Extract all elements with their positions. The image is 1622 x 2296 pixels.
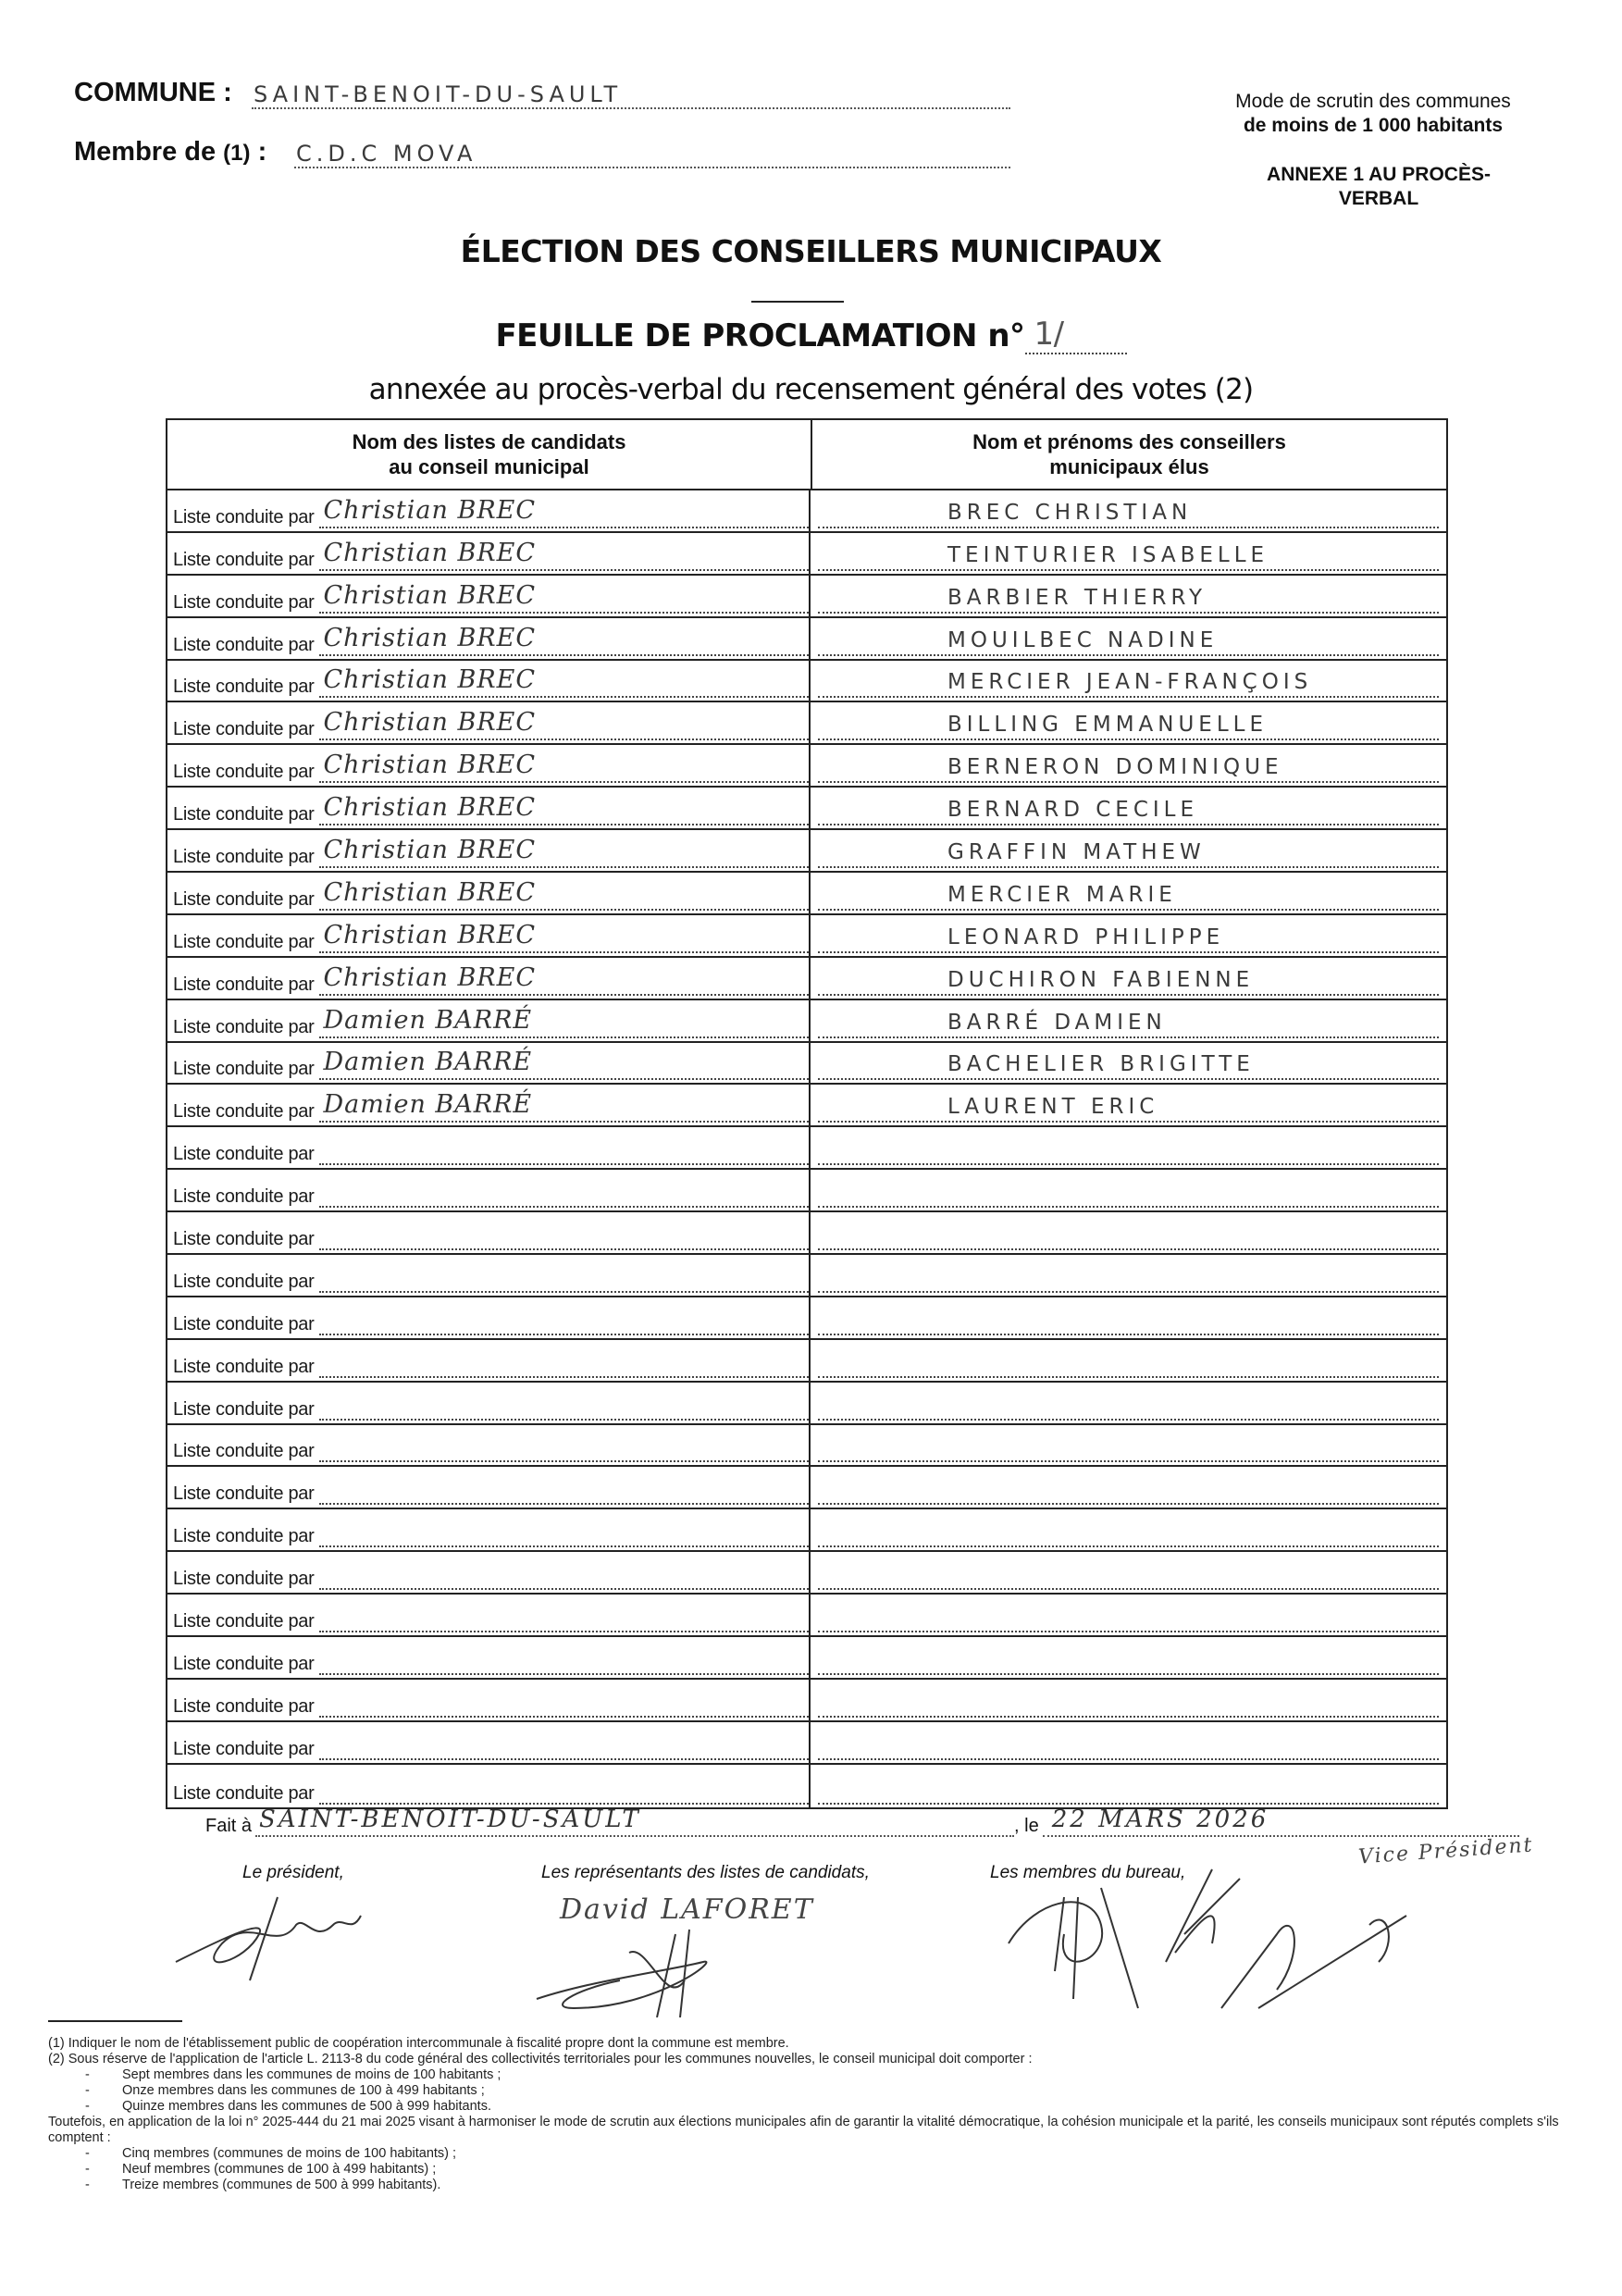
footnote-toutefois-item: Cinq membres (communes de moins de 100 h…	[48, 2146, 1575, 2162]
liste-cell: Liste conduite par	[167, 1340, 811, 1381]
liste-prefix: Liste conduite par	[173, 1272, 314, 1293]
elu-field	[818, 1471, 1439, 1505]
liste-name: Damien BARRÉ	[323, 1090, 532, 1119]
elu-cell: LAURENT ERIC	[811, 1085, 1446, 1125]
table-row: Liste conduite par	[167, 1383, 1446, 1425]
elu-field: LEONARD PHILIPPE	[818, 920, 1439, 953]
table-row: Liste conduite par	[167, 1467, 1446, 1509]
elu-cell	[811, 1637, 1446, 1678]
liste-cell: Liste conduite parDamien BARRÉ	[167, 1000, 811, 1041]
elu-name: BARRÉ DAMIEN	[947, 1011, 1167, 1035]
liste-field: Christian BREC	[319, 750, 809, 783]
table-row: Liste conduite parChristian BRECBERNARD …	[167, 788, 1446, 830]
elu-cell: BERNERON DOMINIQUE	[811, 745, 1446, 786]
elu-name: MOUILBEC NADINE	[947, 628, 1218, 652]
liste-cell: Liste conduite par	[167, 1297, 811, 1338]
elu-cell: DUCHIRON FABIENNE	[811, 958, 1446, 999]
table-row: Liste conduite parDamien BARRÉLAURENT ER…	[167, 1085, 1446, 1127]
subtitle: annexée au procès-verbal du recensement …	[0, 373, 1622, 406]
liste-field: Christian BREC	[319, 495, 809, 528]
liste-cell: Liste conduite parChristian BREC	[167, 702, 811, 743]
liste-field	[319, 1302, 809, 1335]
liste-cell: Liste conduite parChristian BREC	[167, 830, 811, 871]
elu-cell: BACHELIER BRIGITTE	[811, 1043, 1446, 1084]
elu-cell	[811, 1680, 1446, 1720]
liste-cell: Liste conduite par	[167, 1383, 811, 1423]
table-row: Liste conduite par	[167, 1255, 1446, 1297]
membre-value: C.D.C MOVA	[296, 141, 477, 167]
footnote-2-item: Onze membres dans les communes de 100 à …	[48, 2083, 1575, 2099]
liste-cell: Liste conduite parChristian BREC	[167, 915, 811, 956]
table-row: Liste conduite parChristian BRECTEINTURI…	[167, 533, 1446, 576]
footnote-toutefois-item: Treize membres (communes de 500 à 999 ha…	[48, 2178, 1575, 2193]
elu-cell: LEONARD PHILIPPE	[811, 915, 1446, 956]
proclamation-table: Nom des listes de candidatsau conseil mu…	[166, 418, 1448, 1809]
annexe-label: ANNEXE 1 AU PROCÈS- VERBAL	[1212, 163, 1545, 211]
elu-cell	[811, 1425, 1446, 1466]
liste-field	[319, 1727, 809, 1760]
elu-cell: MOUILBEC NADINE	[811, 618, 1446, 659]
president-label: Le président,	[242, 1863, 344, 1883]
liste-cell: Liste conduite par	[167, 1552, 811, 1593]
liste-cell: Liste conduite par	[167, 1509, 811, 1550]
elu-name: BARBIER THIERRY	[947, 586, 1207, 610]
liste-prefix: Liste conduite par	[173, 1229, 314, 1250]
commune-value: SAINT-BENOIT-DU-SAULT	[254, 81, 622, 107]
membre-label: Membre de (1) :	[74, 137, 266, 168]
table-body: Liste conduite parChristian BRECBREC CHR…	[167, 490, 1446, 1807]
liste-prefix: Liste conduite par	[173, 1526, 314, 1547]
footnote-divider	[48, 2020, 182, 2022]
liste-cell: Liste conduite parChristian BREC	[167, 618, 811, 659]
elu-cell	[811, 1722, 1446, 1763]
fait-a-value: SAINT-BENOIT-DU-SAULT	[259, 1806, 641, 1833]
elu-field	[818, 1217, 1439, 1250]
liste-cell: Liste conduite parChristian BREC	[167, 873, 811, 913]
elu-cell: BERNARD CECILE	[811, 788, 1446, 828]
elu-field	[818, 1514, 1439, 1547]
president-signature-icon	[157, 1888, 416, 1990]
elu-field: LAURENT ERIC	[818, 1089, 1439, 1123]
commune-field: SAINT-BENOIT-DU-SAULT	[252, 76, 1010, 109]
liste-prefix: Liste conduite par	[173, 1314, 314, 1335]
elu-cell: BARBIER THIERRY	[811, 576, 1446, 616]
elu-field: MOUILBEC NADINE	[818, 623, 1439, 656]
liste-name: Christian BREC	[323, 496, 536, 525]
table-row: Liste conduite par	[167, 1722, 1446, 1765]
liste-cell: Liste conduite parDamien BARRÉ	[167, 1085, 811, 1125]
liste-field	[319, 1471, 809, 1505]
representant-signature-icon	[518, 1925, 814, 2017]
liste-prefix: Liste conduite par	[173, 762, 314, 783]
liste-cell: Liste conduite parChristian BREC	[167, 576, 811, 616]
table-row: Liste conduite parChristian BRECMOUILBEC…	[167, 618, 1446, 661]
liste-name: Christian BREC	[323, 581, 536, 610]
fait-a-line: Fait à SAINT-BENOIT-DU-SAULT , le 22 MAR…	[205, 1807, 1519, 1837]
elu-field	[818, 1771, 1439, 1805]
elu-field: BREC CHRISTIAN	[818, 495, 1439, 528]
liste-field	[319, 1771, 809, 1805]
elu-field	[818, 1302, 1439, 1335]
table-row: Liste conduite par	[167, 1127, 1446, 1170]
table-row: Liste conduite par	[167, 1212, 1446, 1255]
liste-prefix: Liste conduite par	[173, 507, 314, 528]
liste-name: Christian BREC	[323, 624, 536, 652]
elu-name: MERCIER JEAN-FRANÇOIS	[947, 670, 1312, 694]
liste-field: Christian BREC	[319, 920, 809, 953]
table-row: Liste conduite par	[167, 1680, 1446, 1722]
liste-field: Christian BREC	[319, 664, 809, 698]
elu-cell: GRAFFIN MATHEW	[811, 830, 1446, 871]
table-header: Nom des listes de candidatsau conseil mu…	[167, 420, 1446, 490]
elu-cell	[811, 1552, 1446, 1593]
liste-field	[319, 1174, 809, 1208]
elu-cell: BREC CHRISTIAN	[811, 490, 1446, 531]
elu-cell	[811, 1170, 1446, 1210]
elu-name: GRAFFIN MATHEW	[947, 840, 1206, 864]
elu-field: BACHELIER BRIGITTE	[818, 1047, 1439, 1080]
table-row: Liste conduite par	[167, 1297, 1446, 1340]
liste-field: Christian BREC	[319, 962, 809, 996]
table-row: Liste conduite par	[167, 1595, 1446, 1637]
footnotes: (1) Indiquer le nom de l'établissement p…	[48, 2036, 1575, 2193]
liste-field	[319, 1514, 809, 1547]
elu-cell: BARRÉ DAMIEN	[811, 1000, 1446, 1041]
liste-cell: Liste conduite par	[167, 1255, 811, 1296]
footnote-2: (2) Sous réserve de l'application de l'a…	[48, 2052, 1575, 2067]
liste-field: Christian BREC	[319, 623, 809, 656]
elu-cell: MERCIER MARIE	[811, 873, 1446, 913]
table-row: Liste conduite par	[167, 1509, 1446, 1552]
table-row: Liste conduite parChristian BRECDUCHIRON…	[167, 958, 1446, 1000]
liste-prefix: Liste conduite par	[173, 1483, 314, 1505]
elu-cell	[811, 1127, 1446, 1168]
table-row: Liste conduite par	[167, 1552, 1446, 1595]
elu-field	[818, 1642, 1439, 1675]
liste-prefix: Liste conduite par	[173, 1017, 314, 1038]
liste-field	[319, 1345, 809, 1378]
elu-name: BERNERON DOMINIQUE	[947, 755, 1283, 779]
liste-name: Christian BREC	[323, 921, 536, 949]
liste-field	[319, 1429, 809, 1462]
elu-field: BARRÉ DAMIEN	[818, 1005, 1439, 1038]
elu-field	[818, 1727, 1439, 1760]
elu-field: BERNERON DOMINIQUE	[818, 750, 1439, 783]
liste-name: Damien BARRÉ	[323, 1048, 532, 1076]
liste-prefix: Liste conduite par	[173, 719, 314, 740]
elu-cell	[811, 1509, 1446, 1550]
table-row: Liste conduite par	[167, 1425, 1446, 1468]
liste-field	[319, 1642, 809, 1675]
liste-cell: Liste conduite par	[167, 1127, 811, 1168]
liste-prefix: Liste conduite par	[173, 635, 314, 656]
liste-name: Christian BREC	[323, 793, 536, 822]
elu-name: MERCIER MARIE	[947, 883, 1177, 907]
elu-field: TEINTURIER ISABELLE	[818, 538, 1439, 571]
elu-field	[818, 1429, 1439, 1462]
elu-name: BILLING EMMANUELLE	[947, 713, 1268, 737]
liste-prefix: Liste conduite par	[173, 1611, 314, 1632]
elu-field	[818, 1684, 1439, 1718]
liste-field: Christian BREC	[319, 538, 809, 571]
elu-name: BERNARD CECILE	[947, 798, 1198, 822]
liste-cell: Liste conduite parChristian BREC	[167, 745, 811, 786]
table-row: Liste conduite parChristian BRECBREC CHR…	[167, 490, 1446, 533]
elu-name: DUCHIRON FABIENNE	[947, 968, 1254, 992]
elu-field: BILLING EMMANUELLE	[818, 707, 1439, 740]
liste-cell: Liste conduite par	[167, 1425, 811, 1466]
liste-cell: Liste conduite parChristian BREC	[167, 533, 811, 574]
table-row: Liste conduite parChristian BRECBERNERON…	[167, 745, 1446, 788]
liste-prefix: Liste conduite par	[173, 676, 314, 698]
liste-prefix: Liste conduite par	[173, 1101, 314, 1123]
elu-field	[818, 1174, 1439, 1208]
liste-cell: Liste conduite par	[167, 1595, 811, 1635]
elu-field	[818, 1599, 1439, 1632]
elu-cell	[811, 1212, 1446, 1253]
table-row: Liste conduite parChristian BRECMERCIER …	[167, 873, 1446, 915]
liste-field: Damien BARRÉ	[319, 1005, 809, 1038]
liste-cell: Liste conduite par	[167, 1637, 811, 1678]
elu-field	[818, 1132, 1439, 1165]
liste-field: Christian BREC	[319, 792, 809, 825]
table-row: Liste conduite par	[167, 1765, 1446, 1807]
liste-prefix: Liste conduite par	[173, 1569, 314, 1590]
liste-field	[319, 1557, 809, 1590]
liste-prefix: Liste conduite par	[173, 1186, 314, 1208]
elu-cell	[811, 1467, 1446, 1508]
liste-name: Christian BREC	[323, 836, 536, 864]
liste-prefix: Liste conduite par	[173, 847, 314, 868]
feuille-number: 1/	[1025, 316, 1064, 353]
feuille-title: FEUILLE DE PROCLAMATION n°1/	[0, 317, 1622, 356]
footnote-2-item: Sept membres dans les communes de moins …	[48, 2067, 1575, 2083]
liste-name: Christian BREC	[323, 708, 536, 737]
elu-name: LEONARD PHILIPPE	[947, 925, 1224, 949]
elu-cell	[811, 1383, 1446, 1423]
liste-prefix: Liste conduite par	[173, 550, 314, 571]
liste-prefix: Liste conduite par	[173, 1144, 314, 1165]
elu-field: DUCHIRON FABIENNE	[818, 962, 1439, 996]
liste-prefix: Liste conduite par	[173, 1783, 314, 1805]
liste-cell: Liste conduite par	[167, 1680, 811, 1720]
column-header-listes: Nom des listes de candidatsau conseil mu…	[167, 420, 812, 489]
liste-name: Christian BREC	[323, 665, 536, 694]
table-row: Liste conduite parDamien BARRÉBARRÉ DAMI…	[167, 1000, 1446, 1043]
table-row: Liste conduite par	[167, 1340, 1446, 1383]
elu-cell: BILLING EMMANUELLE	[811, 702, 1446, 743]
membre-field: C.D.C MOVA	[294, 135, 1010, 168]
liste-field	[319, 1684, 809, 1718]
liste-prefix: Liste conduite par	[173, 1739, 314, 1760]
liste-name: Damien BARRÉ	[323, 1006, 532, 1035]
commune-label: COMMUNE :	[74, 78, 232, 108]
mode-scrutin: Mode de scrutin des communes de moins de…	[1179, 90, 1567, 138]
elu-cell	[811, 1765, 1446, 1807]
liste-field: Christian BREC	[319, 877, 809, 911]
table-row: Liste conduite parChristian BRECBARBIER …	[167, 576, 1446, 618]
liste-field	[319, 1387, 809, 1421]
fait-a-label: Fait à	[205, 1816, 252, 1837]
elu-cell	[811, 1595, 1446, 1635]
liste-prefix: Liste conduite par	[173, 1441, 314, 1462]
representants-label: Les représentants des listes de candidat…	[541, 1863, 870, 1883]
column-header-elus: Nom et prénoms des conseillersmunicipaux…	[812, 420, 1446, 489]
elu-cell	[811, 1340, 1446, 1381]
liste-name: Christian BREC	[323, 963, 536, 992]
liste-field: Damien BARRÉ	[319, 1089, 809, 1123]
liste-prefix: Liste conduite par	[173, 1696, 314, 1718]
liste-prefix: Liste conduite par	[173, 592, 314, 614]
liste-field: Christian BREC	[319, 580, 809, 614]
table-row: Liste conduite parChristian BRECGRAFFIN …	[167, 830, 1446, 873]
representant-name: David LAFORET	[560, 1893, 814, 1926]
liste-field: Christian BREC	[319, 835, 809, 868]
elu-cell	[811, 1297, 1446, 1338]
elu-name: TEINTURIER ISABELLE	[947, 543, 1269, 567]
liste-prefix: Liste conduite par	[173, 804, 314, 825]
liste-name: Christian BREC	[323, 539, 536, 567]
elu-field	[818, 1387, 1439, 1421]
liste-cell: Liste conduite parChristian BREC	[167, 490, 811, 531]
liste-cell: Liste conduite par	[167, 1765, 811, 1807]
table-row: Liste conduite parChristian BRECMERCIER …	[167, 661, 1446, 703]
date-label: , le	[1014, 1816, 1039, 1837]
elu-field: GRAFFIN MATHEW	[818, 835, 1439, 868]
title-divider	[751, 301, 844, 303]
liste-cell: Liste conduite parDamien BARRÉ	[167, 1043, 811, 1084]
liste-field	[319, 1599, 809, 1632]
footnote-toutefois: Toutefois, en application de la loi n° 2…	[48, 2115, 1575, 2146]
table-row: Liste conduite parChristian BRECBILLING …	[167, 702, 1446, 745]
elu-field: BERNARD CECILE	[818, 792, 1439, 825]
elu-cell: MERCIER JEAN-FRANÇOIS	[811, 661, 1446, 701]
elu-field: MERCIER JEAN-FRANÇOIS	[818, 664, 1439, 698]
elu-name: LAURENT ERIC	[947, 1095, 1158, 1119]
footnote-2-item: Quinze membres dans les communes de 500 …	[48, 2099, 1575, 2115]
liste-prefix: Liste conduite par	[173, 889, 314, 911]
liste-field: Christian BREC	[319, 707, 809, 740]
bureau-signatures-icon	[999, 1860, 1443, 2017]
liste-cell: Liste conduite par	[167, 1467, 811, 1508]
liste-field: Damien BARRÉ	[319, 1047, 809, 1080]
elu-field	[818, 1260, 1439, 1293]
table-row: Liste conduite par	[167, 1170, 1446, 1212]
liste-field	[319, 1132, 809, 1165]
footnote-toutefois-item: Neuf membres (communes de 100 à 499 habi…	[48, 2162, 1575, 2178]
table-row: Liste conduite parChristian BRECLEONARD …	[167, 915, 1446, 958]
elu-field: MERCIER MARIE	[818, 877, 1439, 911]
liste-cell: Liste conduite par	[167, 1722, 811, 1763]
liste-cell: Liste conduite par	[167, 1212, 811, 1253]
liste-cell: Liste conduite parChristian BREC	[167, 958, 811, 999]
elu-cell	[811, 1255, 1446, 1296]
footnote-1: (1) Indiquer le nom de l'établissement p…	[48, 2036, 1575, 2052]
elu-field	[818, 1345, 1439, 1378]
liste-field	[319, 1217, 809, 1250]
date-value: 22 MARS 2026	[1052, 1806, 1269, 1833]
elu-name: BACHELIER BRIGITTE	[947, 1052, 1255, 1076]
main-title: ÉLECTION DES CONSEILLERS MUNICIPAUX	[0, 233, 1622, 269]
liste-prefix: Liste conduite par	[173, 1357, 314, 1378]
liste-prefix: Liste conduite par	[173, 932, 314, 953]
liste-name: Christian BREC	[323, 751, 536, 779]
elu-field	[818, 1557, 1439, 1590]
elu-field: BARBIER THIERRY	[818, 580, 1439, 614]
elu-name: BREC CHRISTIAN	[947, 501, 1192, 525]
table-row: Liste conduite par	[167, 1637, 1446, 1680]
liste-cell: Liste conduite parChristian BREC	[167, 788, 811, 828]
table-row: Liste conduite parDamien BARRÉBACHELIER …	[167, 1043, 1446, 1086]
liste-prefix: Liste conduite par	[173, 974, 314, 996]
liste-prefix: Liste conduite par	[173, 1399, 314, 1421]
elu-cell: TEINTURIER ISABELLE	[811, 533, 1446, 574]
liste-name: Christian BREC	[323, 878, 536, 907]
liste-prefix: Liste conduite par	[173, 1654, 314, 1675]
liste-cell: Liste conduite parChristian BREC	[167, 661, 811, 701]
liste-field	[319, 1260, 809, 1293]
liste-cell: Liste conduite par	[167, 1170, 811, 1210]
liste-prefix: Liste conduite par	[173, 1059, 314, 1080]
